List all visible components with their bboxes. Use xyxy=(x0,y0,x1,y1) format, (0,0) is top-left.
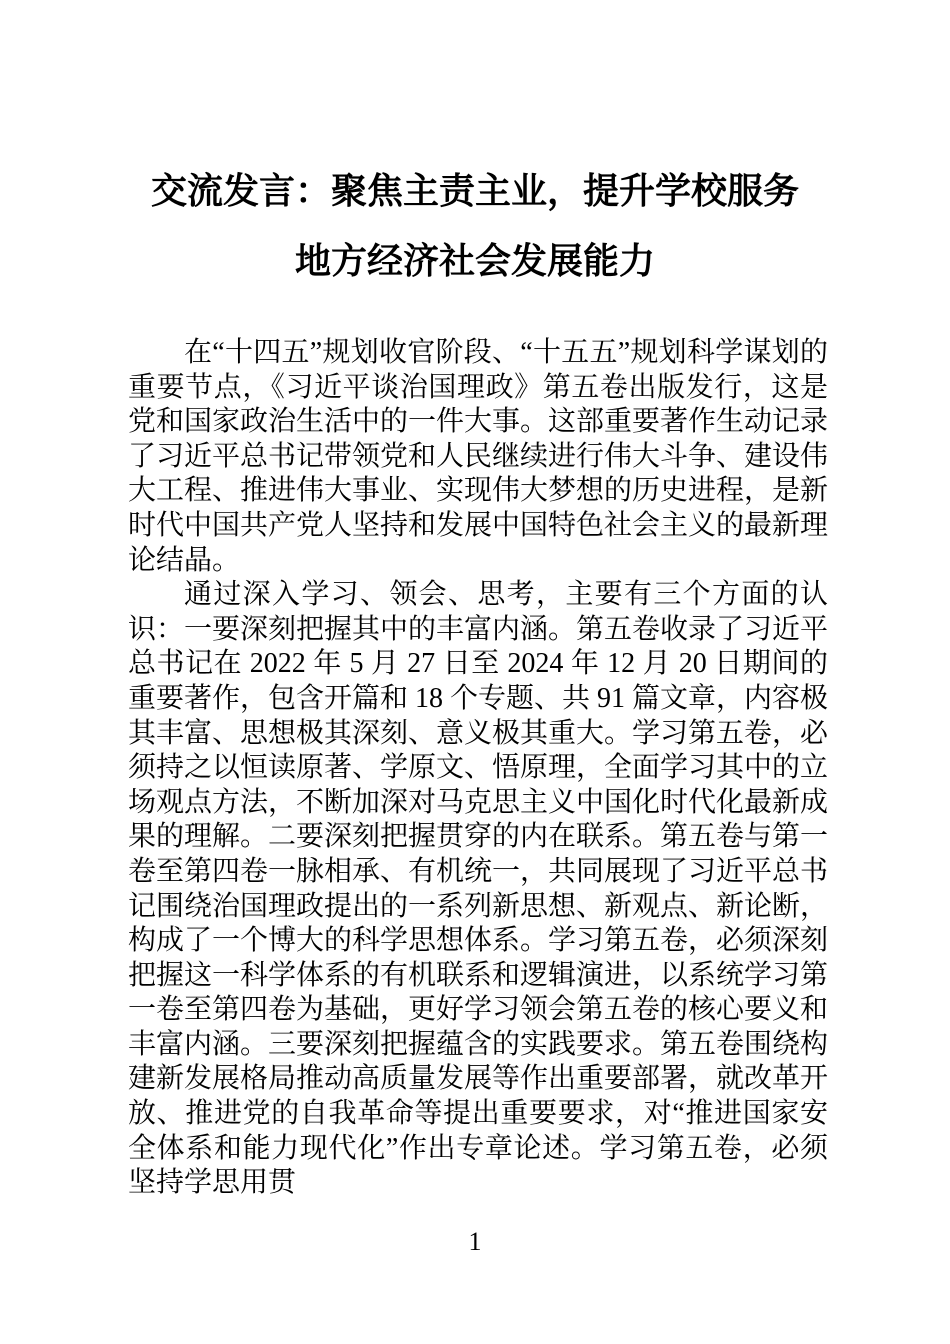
title-line-1: 交流发言：聚焦主责主业，提升学校服务 xyxy=(0,156,950,226)
document-body: 在“十四五”规划收官阶段、“十五五”规划科学谋划的重要节点，《习近平谈治国理政》… xyxy=(128,336,828,1201)
document-page: 交流发言：聚焦主责主业，提升学校服务 地方经济社会发展能力 在“十四五”规划收官… xyxy=(0,0,950,1344)
paragraph: 在“十四五”规划收官阶段、“十五五”规划科学谋划的重要节点，《习近平谈治国理政》… xyxy=(128,336,828,578)
document-title: 交流发言：聚焦主责主业，提升学校服务 地方经济社会发展能力 xyxy=(0,156,950,296)
paragraph: 通过深入学习、领会、思考，主要有三个方面的认识：一要深刻把握其中的丰富内涵。第五… xyxy=(128,578,828,1201)
page-number: 1 xyxy=(0,1227,950,1257)
title-line-2: 地方经济社会发展能力 xyxy=(0,226,950,296)
